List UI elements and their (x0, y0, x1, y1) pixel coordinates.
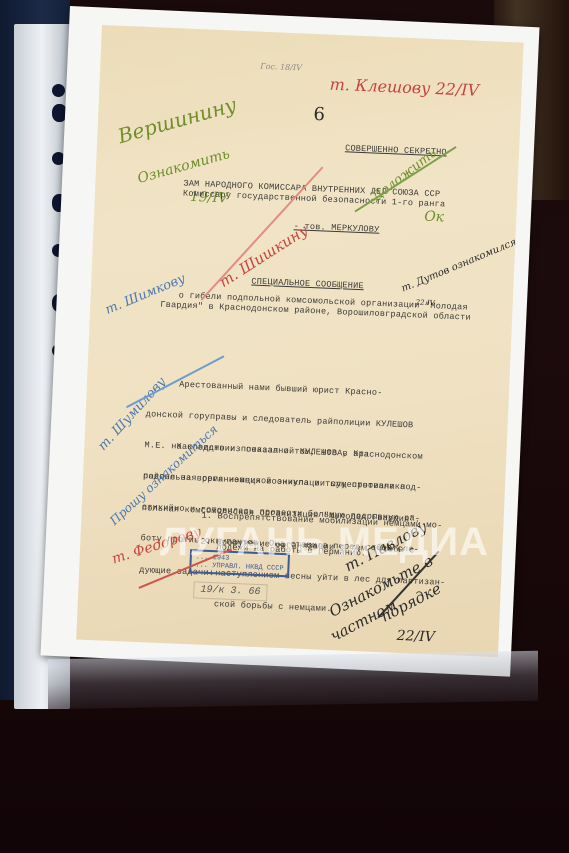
handwritten-note-blue: т. Шимкову (103, 271, 187, 318)
punch-hole (52, 84, 65, 97)
watermark: ЛУГАНЬ МЕДИА (160, 520, 489, 565)
handwritten-note-black: т. Дутов ознакомился (400, 237, 518, 295)
handwritten-signature-green: Вершинину (115, 92, 239, 148)
body-line: подпольная организация возникла в тылу п… (143, 471, 422, 493)
plastic-sleeve-edge (48, 651, 538, 710)
handwritten-date: 22.IV (415, 298, 434, 307)
handwritten-resolution-red: т. Клешову 22/IV (329, 75, 479, 100)
registry-number: 19/к 3. 66 (193, 581, 268, 601)
handwritten-initials-green: Ок (424, 209, 444, 226)
body-line: Арестованный нами бывший юрист Красно- (147, 378, 426, 400)
page-number: 6 (313, 104, 325, 125)
list-line: ской борьбы с немцами. (214, 599, 332, 614)
document-title: СПЕЦИАЛЬНОЕ СООБЩЕНИЕ (251, 276, 364, 291)
handwritten-note: Гос. 18/IV (260, 62, 302, 73)
handwritten-date: 22/IV (396, 628, 435, 646)
